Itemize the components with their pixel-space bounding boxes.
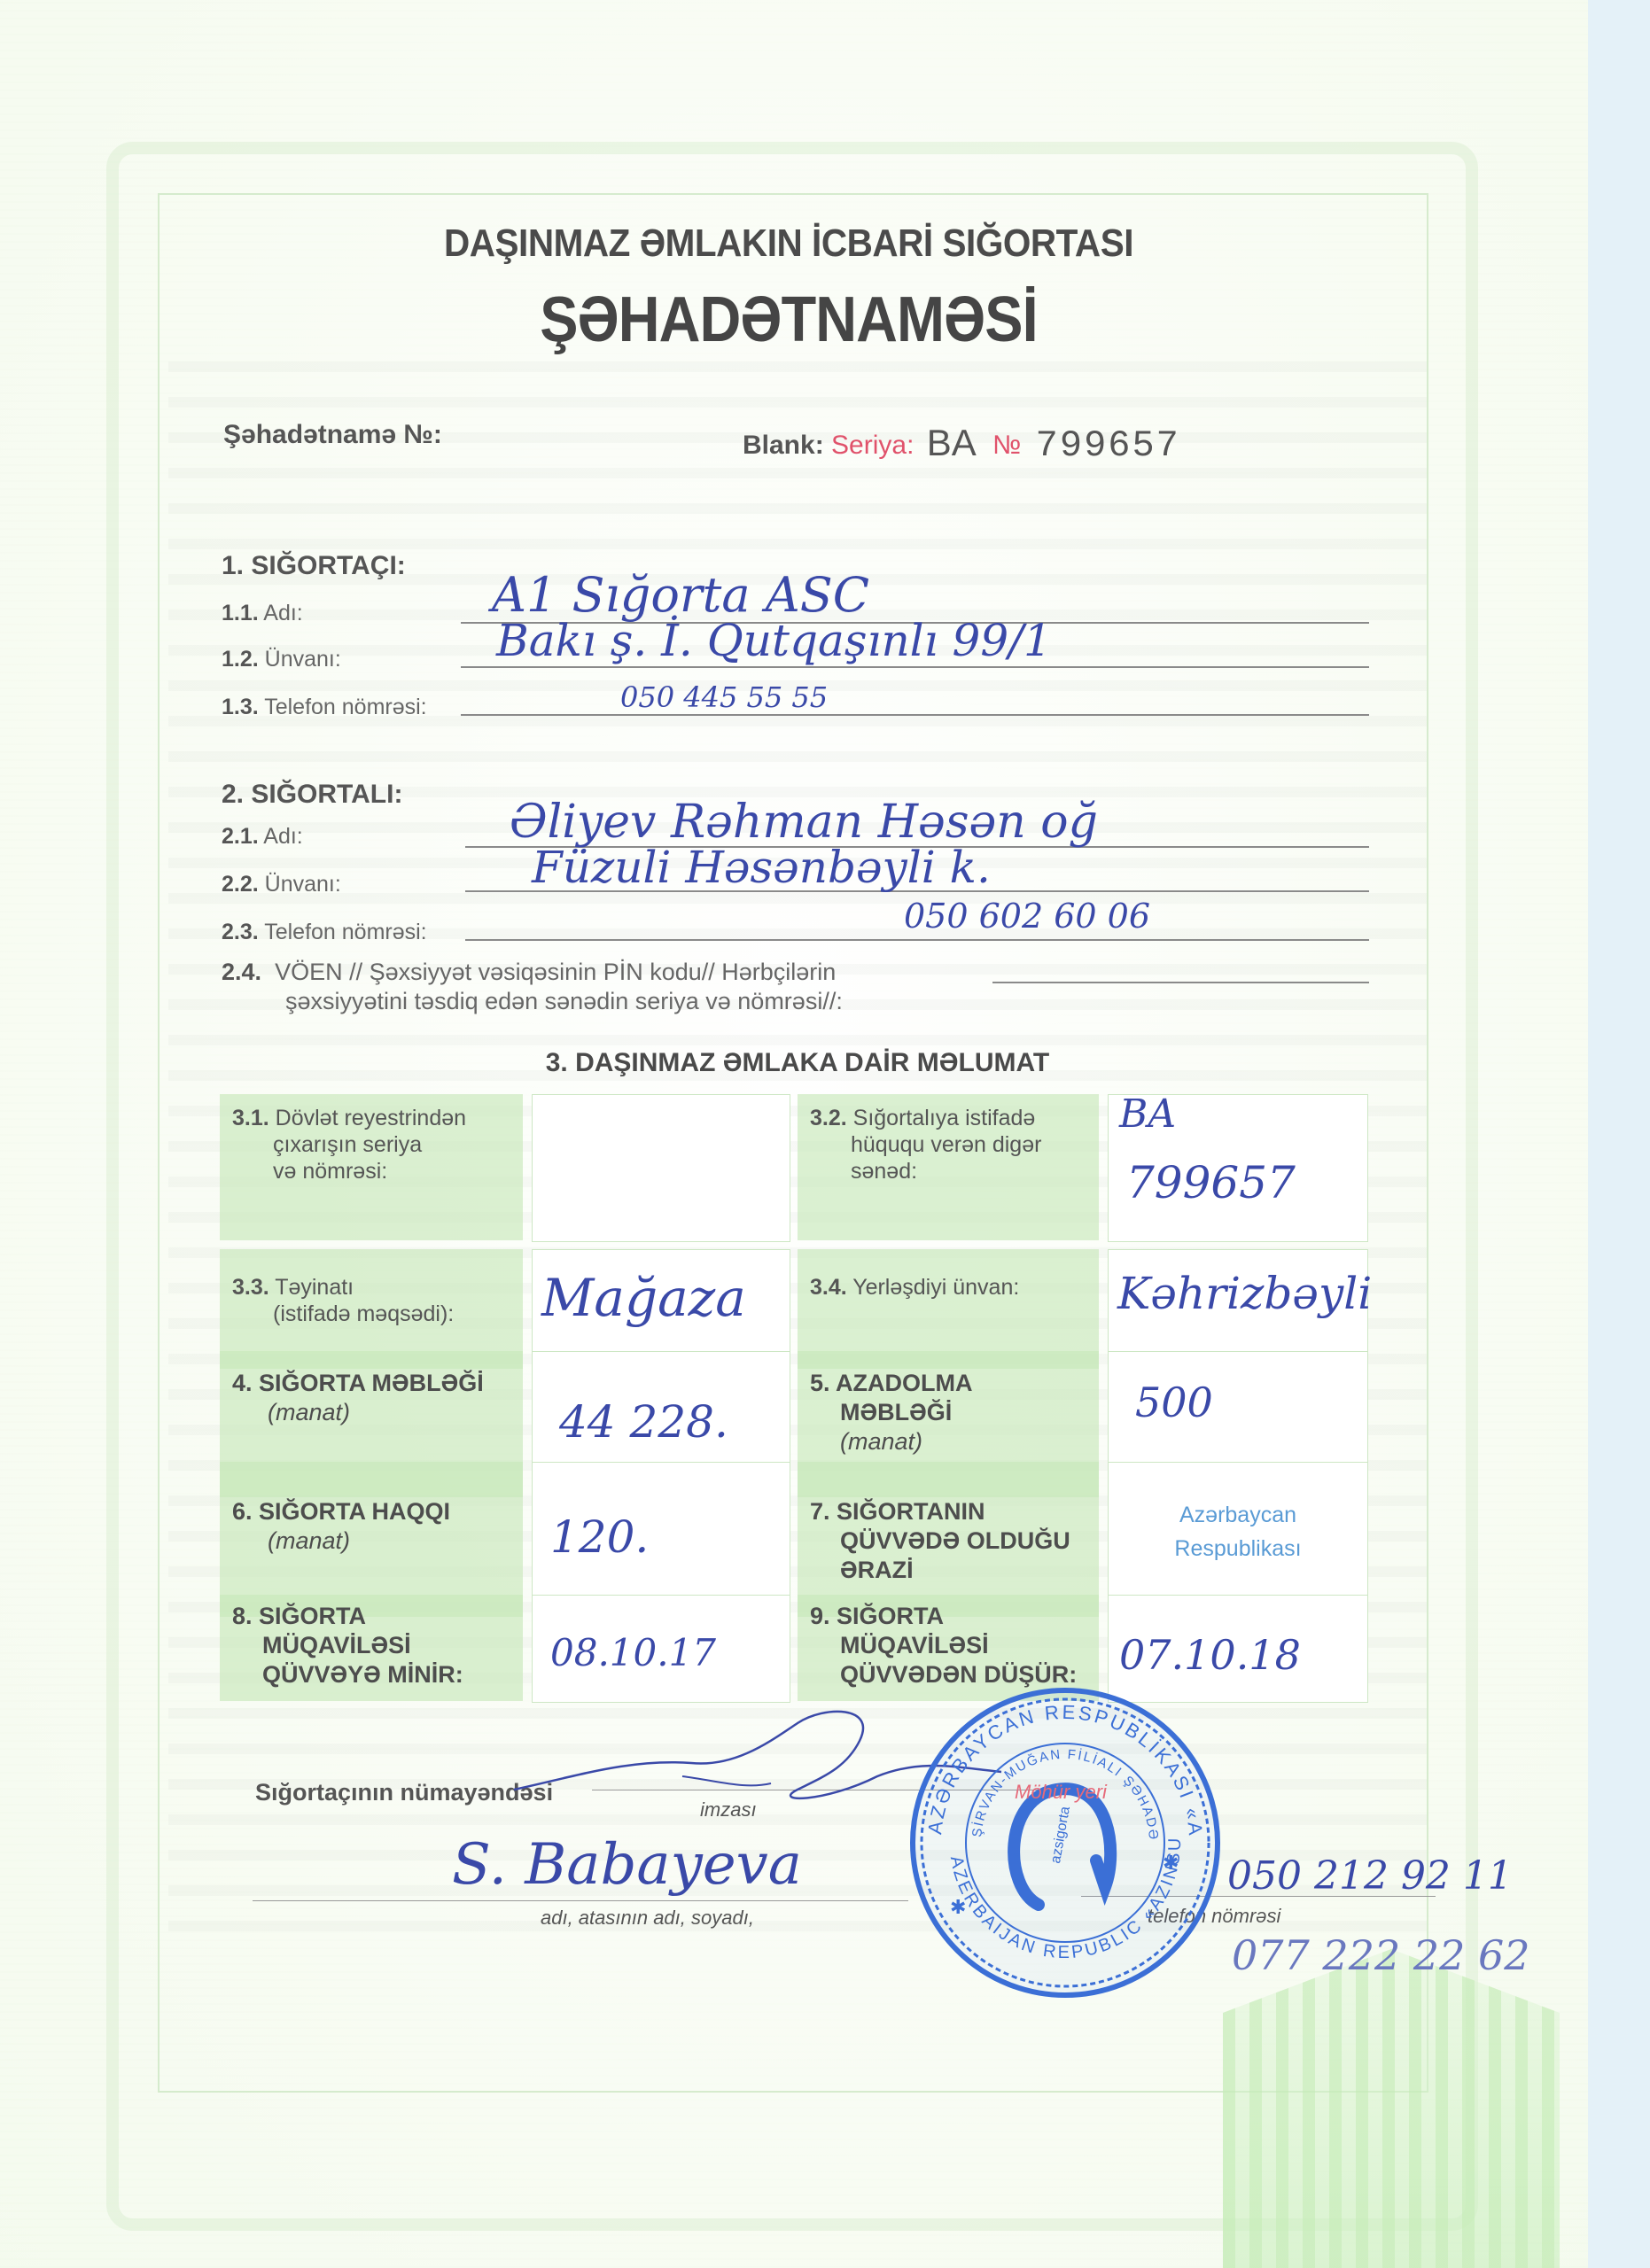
insured-heading: 2. SIĞORTALI:: [222, 780, 402, 810]
document-title: DAŞINMAZ ƏMLAKIN İCBARİ SIĞORTASI: [218, 221, 1359, 266]
svg-text:✱: ✱: [1163, 1852, 1179, 1874]
insured-address-value[interactable]: Füzuli Həsənbəyli k.: [532, 842, 991, 893]
insurer-heading: 1. SIĞORTAÇI:: [222, 551, 406, 581]
insurer-name-label: 1.1. Adı:: [222, 601, 303, 626]
territory-label: 7. SIĞORTANINQÜVVƏDƏ OLDUĞUƏRAZİ: [798, 1462, 1099, 1617]
insurer-phone-value[interactable]: 050 445 55 55: [620, 680, 828, 714]
insurer-address-label: 1.2. Ünvanı:: [222, 647, 341, 672]
insured-id-label: 2.4. VÖEN // Şəxsiyyət vəsiqəsinin PİN k…: [222, 959, 836, 986]
blank-series-number: Blank: Seriya: BA № 799657: [743, 420, 1180, 465]
blank-label: Blank:: [743, 431, 824, 460]
blank-number-value: 799657: [1036, 424, 1180, 467]
field-3-2-label: 3.2. Sığortalıya istifadəhüququ verən di…: [798, 1094, 1099, 1240]
insurer-phone-label: 1.3. Telefon nömrəsi:: [222, 695, 427, 720]
document-subtitle: ŞƏHADƏTNAMƏSİ: [230, 283, 1347, 356]
insured-id-label-cont: şəxsiyyətini təsdiq edən sənədin seriya …: [285, 988, 843, 1015]
series-label: Seriya:: [831, 431, 914, 460]
start-date-value[interactable]: 08.10.17: [532, 1595, 790, 1703]
insured-name-value[interactable]: Əliyev Rəhman Həsən oğ: [510, 796, 1098, 849]
start-date-label: 8. SIĞORTAMÜQAVİLƏSİQÜVVƏYƏ MİNİR:: [220, 1595, 523, 1701]
certificate-number-label: Şəhadətnamə №:: [223, 420, 442, 450]
insured-id-line[interactable]: [992, 982, 1369, 983]
building-watermark-icon: [1223, 1949, 1560, 2268]
series-value: BA: [927, 422, 977, 463]
field-3-2-value[interactable]: BA 799657: [1108, 1094, 1368, 1242]
insured-address-label: 2.2. Ünvanı:: [222, 872, 341, 897]
representative-phone-2: 077 222 22 62: [1232, 1931, 1530, 1979]
territory-country: Azərbaycan: [1179, 1503, 1296, 1527]
insured-phone-line: [465, 939, 1369, 941]
representative-phone-1: 050 212 92 11: [1227, 1853, 1513, 1899]
field-3-2-number: 799657: [1126, 1157, 1296, 1208]
stamp-place-label: Möhür yeri: [1015, 1781, 1107, 1804]
company-stamp-icon: AZƏRBAYCAN RESPUBLİKASI «AZSIĞORTA» ASC …: [906, 1683, 1225, 2002]
field-3-1-label: 3.1. Dövlət reyestrindənçıxarışın seriya…: [220, 1094, 523, 1240]
field-3-1-value[interactable]: [532, 1094, 790, 1242]
number-label: №: [992, 431, 1021, 460]
certificate-paper: DAŞINMAZ ƏMLAKIN İCBARİ SIĞORTASI ŞƏHADƏ…: [0, 0, 1588, 2268]
name-line[interactable]: [253, 1900, 908, 1901]
name-caption: adı, atasının adı, soyadı,: [541, 1907, 754, 1930]
insurer-address-value[interactable]: Bakı ş. İ. Qutqaşınlı 99/1: [496, 615, 1052, 666]
insured-phone-value[interactable]: 050 602 60 06: [904, 897, 1150, 936]
territory-republic: Respublikası: [1174, 1536, 1301, 1561]
representative-name-value: S. Babayeva: [452, 1832, 802, 1898]
insurer-phone-line: [461, 714, 1369, 716]
insurer-address-line: [461, 666, 1369, 668]
insured-name-label: 2.1. Adı:: [222, 824, 303, 850]
premium-label: 6. SIĞORTA HAQQI(manat): [220, 1462, 523, 1617]
field-3-2-series: BA: [1119, 1091, 1176, 1137]
insured-phone-label: 2.3. Telefon nömrəsi:: [222, 920, 427, 945]
svg-text:✱: ✱: [950, 1896, 966, 1918]
property-heading: 3. DAŞINMAZ ƏMLAKA DAİR MƏLUMAT: [168, 1048, 1427, 1078]
scan-edge: [1588, 0, 1650, 2268]
